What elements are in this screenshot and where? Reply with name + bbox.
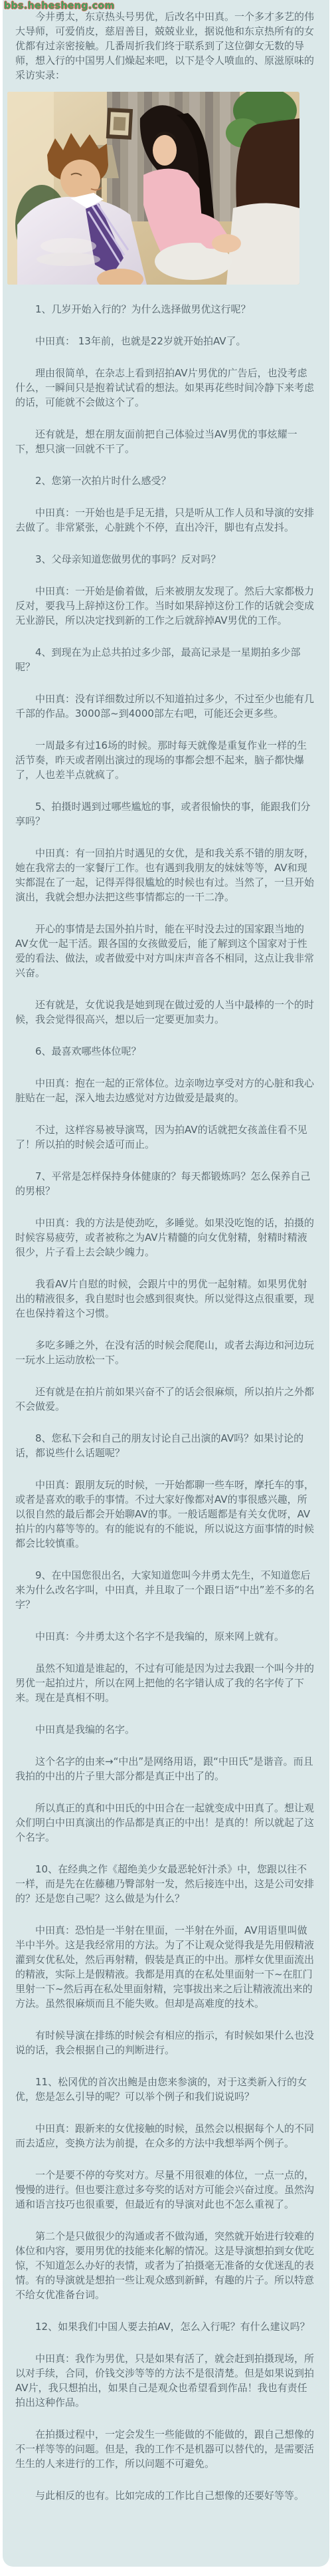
answer-11-2: 一个是要不停的夸奖对方。尽量不用很难的体位，一点一点的，慢慢的进行。但也要注意过…	[15, 2168, 317, 2212]
answer-7-4: 还有就是在拍片前如果兴奋不了的话会很麻烦，所以拍片之外都不会做爱。	[15, 1384, 317, 1414]
question-7: 7、平常是怎样保持身体健康的？每天都锻炼吗？怎么保养自己的男根？	[15, 1169, 317, 1198]
answer-9-1: 中田真：今井勇太这个名字不是我编的，原来网上就有。	[15, 1629, 317, 1644]
question-1: 1、几岁开始入行的？为什么选择做男优这行呢？	[15, 302, 317, 317]
site-watermark: bbs.hehesheng.com	[4, 1, 115, 11]
answer-11-1: 中田真：跟新来的女优接触的时候，虽然会以根据每个人的不同而去适应，变换方法为前提…	[15, 2121, 317, 2150]
answer-11-3: 第二个是只做很少的沟通或者不做沟通，突然就开始进行较难的体位和内容，要用男优的技…	[15, 2229, 317, 2302]
answer-12-2: 在拍摄过程中，一定会发生一些能做的不能做的，跟自己想像的不一样等等的问题。但是，…	[15, 2427, 317, 2471]
answer-1-3: 还有就是，想在朋友面前把自己体验过当AV男优的事炫耀一下，想只演一回就不干了。	[15, 427, 317, 456]
intro-paragraph: 今井勇太，东京热头号男优，后改名中田真。一个多才多艺的伟大导师，可爱俏皮，慈眉善…	[15, 9, 317, 82]
answer-7-2: 我看AV片自慰的时候，会跟片中的男优一起射精。如果男优射出的精液很多，我自慰时也…	[15, 1277, 317, 1321]
article-panel: bbs.hehesheng.com 今井勇太，东京热头号男优，后改名中田真。一个…	[3, 0, 329, 2567]
answer-5-3: 还有就是，女优说我是她到现在做过爱的人当中最棒的一个的时候，我会觉得很高兴，想以…	[15, 997, 317, 1027]
question-6: 6、最喜欢哪些体位呢？	[15, 1044, 317, 1059]
question-3: 3、父母亲知道您做男优的事吗？反对吗？	[15, 552, 317, 567]
answer-9-5: 所以真正的真和中田氏的中田合在一起就变成中田真了。想让观众们明白中田真演出的作品…	[15, 1801, 317, 1845]
answer-3-1: 中田真：一开始是偷着做，后来被朋友发现了。然后大家都极力反对，要我马上辞掉这份工…	[15, 584, 317, 628]
question-11: 11、松冈优的首次出鲍是由您来参演的，对于这类新入行的女优，您是怎么引导的呢？可…	[15, 2075, 317, 2104]
answer-9-2: 虽然不知道是谁起的，不过有可能是因为过去我跟一个叫今井的男优一起拍过片，所以在网…	[15, 1661, 317, 1705]
question-9: 9、在中国您很出名，大家知道您叫今井勇太先生，不知道您后来为什么改名字叫，中田真…	[15, 1568, 317, 1612]
answer-6-1: 中田真：抱在一起的正常体位。边亲吻边享受对方的心脏和我心脏贴在一起，深入地去边感…	[15, 1076, 317, 1105]
article-content: 今井勇太，东京热头号男优，后改名中田真。一个多才多艺的伟大导师，可爱俏皮，慈眉善…	[3, 9, 329, 2503]
question-10: 10、在经典之作《超绝美少女最恶轮奸汁杀》中，您跟以往不一样，而是先在佐藤穗乃臀…	[15, 1862, 317, 1906]
question-12: 12、如果我们中国人要去拍AV，怎么入行呢？有什么建议吗？	[15, 2319, 317, 2334]
answer-10-2: 有时候导演在排练的时候会有相应的指示，有时候如果什么也没说的话，我会根据自己的判…	[15, 2028, 317, 2057]
photo-picture-frame	[106, 108, 133, 140]
question-4: 4、到现在为止总共拍过多少部，最高记录是一星期拍多少部呢？	[15, 645, 317, 674]
answer-1-1: 中田真： 13年前，也就是22岁就开始拍AV了。	[15, 334, 317, 348]
answer-10-1: 中田真：恐怕是一半射在里面，一半射在外面，AV用语里叫做半中半外。这是我经常用的…	[15, 1923, 317, 2011]
interview-photo-illustration	[7, 92, 299, 285]
answer-12-1: 中田真：我作为男优，只是如果有活了，就会赶到拍摄现场，所以对手续，合同，价钱交涉…	[15, 2351, 317, 2410]
answer-9-3: 中田真是我编的名字。	[15, 1722, 317, 1737]
answer-8-1: 中田真：跟朋友玩的时候，一开始都聊一些车呀，摩托车的事，或者是喜欢的歌手的事情。…	[15, 1478, 317, 1551]
answer-12-3: 与此相反的也有。比如完成的工作比自己想像的还要好等等。	[15, 2488, 317, 2503]
answer-6-2: 不过，这样容易被导演骂，因为拍AV的话就把女孩盖住看不见了！所以拍的时候会适可而…	[15, 1122, 317, 1152]
answer-7-1: 中田真：我的方法是使劲吃，多睡觉。如果没吃饱的话，拍摄的时候容易疲劳，或者被称之…	[15, 1216, 317, 1259]
answer-5-2: 开心的事情是去国外拍片时，能在平时没去过的国家跟当地的AV女优一起干活。跟各国的…	[15, 922, 317, 980]
question-2: 2、您第一次拍片时什么感受？	[15, 473, 317, 488]
answer-1-2: 理由很简单，在杂志上看到招拍AV片男优的广告后，也没考虑什么，一瞬间只是抱着试试…	[15, 366, 317, 410]
answer-2-1: 中田真：一开始也是手足无措，只是听从工作人员和导演的安排去做了。非常紧张，心脏跳…	[15, 505, 317, 535]
question-8: 8、您私下会和自己的朋友讨论自己出演的AV吗？如果讨论的话，都说些什么话题呢？	[15, 1431, 317, 1460]
answer-5-1: 中田真：有一回拍片时遇见的女优，是和我关系不错的朋友呀，她在我常去的一家餐厅工作…	[15, 846, 317, 904]
answer-9-4: 这个名字的由来→“中出”是网络用语，跟“中田氏”是谐音。而且我拍的中出的片子里大…	[15, 1754, 317, 1783]
answer-7-3: 多吃多睡之外，在没有活的时候会爬爬山，或者去海边和河边玩一玩水上运动放松一下。	[15, 1338, 317, 1367]
interview-photo	[7, 92, 299, 285]
question-5: 5、拍摄时遇到过哪些尴尬的事，或者很愉快的事，能跟我们分享吗？	[15, 799, 317, 829]
answer-4-2: 一周最多有过16场的时候。那时每天就像是重复作业一样的生活节奏，昨天或者刚出演过…	[15, 738, 317, 782]
answer-4-1: 中田真：没有详细数过所以不知道拍过多少，不过至少也能有几千部的作品。3000部~…	[15, 692, 317, 721]
